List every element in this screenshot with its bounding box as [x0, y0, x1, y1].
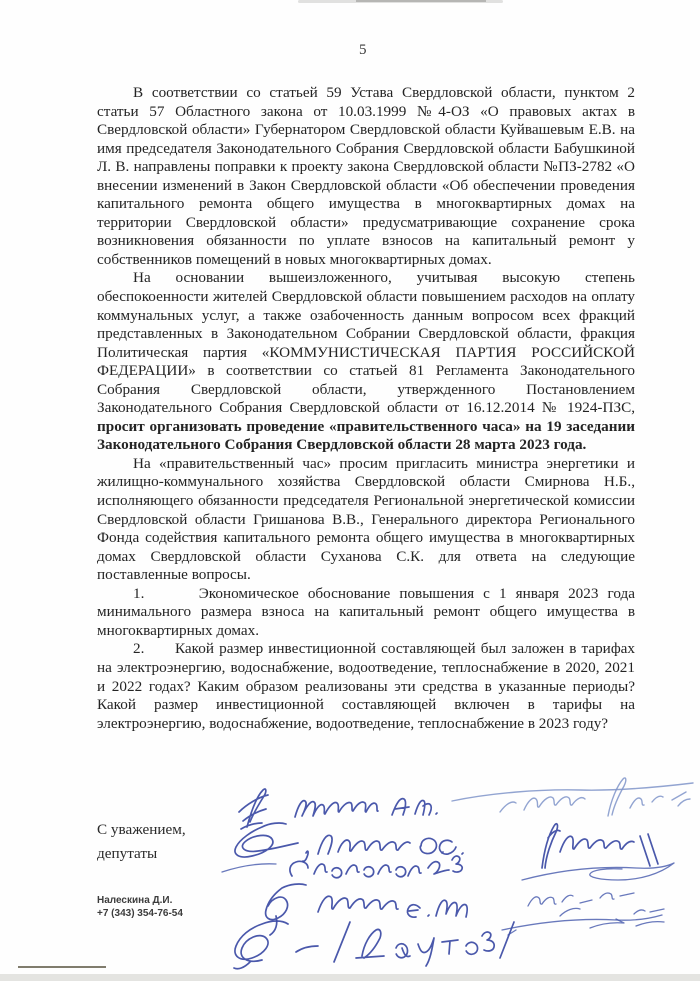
executor-name: Налескина Д.И. [97, 894, 183, 907]
paragraph: На «правительственный час» просим пригла… [97, 455, 635, 585]
closing-line-2: депутаты [97, 842, 186, 866]
signature-kurbeikin [542, 824, 658, 868]
paragraph: 2. Какой размер инвестиционной составляю… [97, 640, 635, 733]
document-page: 5 В соответствии со статьей 59 Устава Св… [0, 0, 700, 981]
paragraph: На основании вышеизложенного, учитывая в… [97, 269, 635, 454]
signature-illegible-top-right [452, 778, 693, 816]
page-number: 5 [0, 42, 700, 59]
signature-strike-bottom-right [502, 908, 664, 935]
text-run: 1. Экономическое обоснование повышения с… [97, 585, 635, 639]
text-run: просит организовать проведение «правител… [97, 418, 635, 454]
paragraph: 1. Экономическое обоснование повышения с… [97, 585, 635, 641]
text-run: В соответствии со статьей 59 Устава Свер… [97, 84, 635, 268]
scan-artifact-bottom-band [0, 974, 700, 981]
signature-dautov [234, 921, 514, 969]
scan-artifact-top-dark [356, 0, 486, 2]
signature-skomorokhova [222, 856, 462, 878]
closing-line-1: С уважением, [97, 818, 186, 842]
executor-phone: +7 (343) 354-76-54 [97, 907, 183, 920]
signature-ivachev [239, 789, 437, 829]
signature-flourish-right-mid [522, 863, 674, 880]
scan-artifact-bottom-line [18, 966, 106, 968]
text-run: На «правительственный час» просим пригла… [97, 455, 635, 583]
signature-bukreev [266, 884, 468, 935]
signature-illegible-right-low [528, 893, 634, 906]
signature-gordeev [235, 823, 463, 861]
text-run: На основании вышеизложенного, учитывая в… [97, 269, 635, 416]
document-body: В соответствии со статьей 59 Устава Свер… [97, 84, 635, 733]
footer-contact: Налескина Д.И. +7 (343) 354-76-54 [97, 894, 183, 920]
closing-block: С уважением, депутаты [97, 818, 186, 866]
text-run: 2. Какой размер инвестиционной составляю… [97, 640, 635, 731]
paragraph: В соответствии со статьей 59 Устава Свер… [97, 84, 635, 269]
